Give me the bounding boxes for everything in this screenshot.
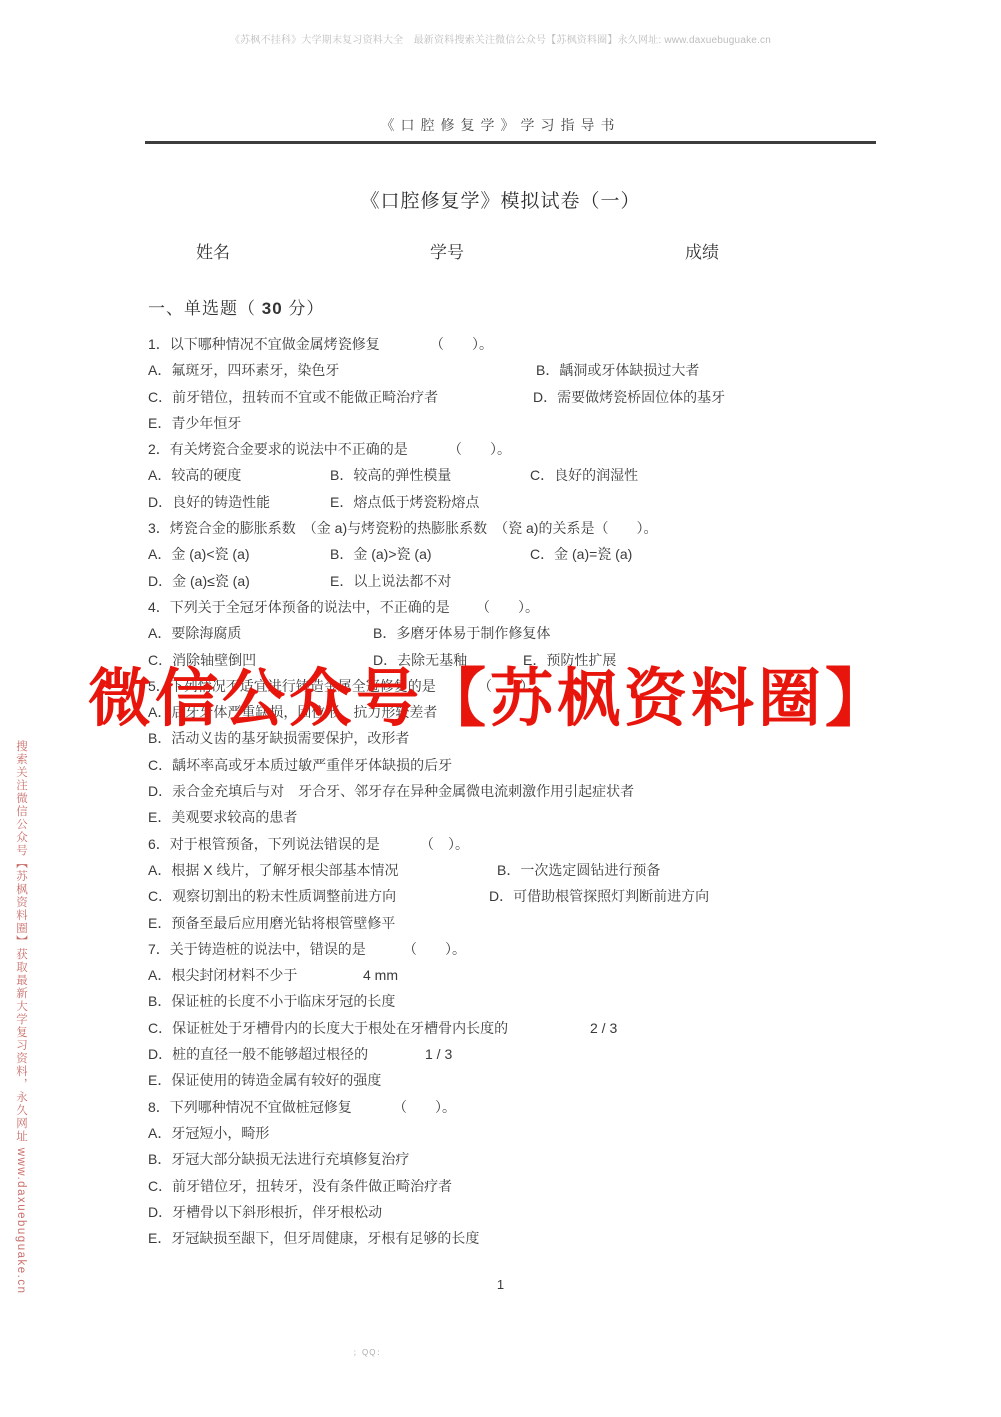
exam-line: 7．关于铸造桩的说法中，错误的是（ ）。 [148,939,868,965]
exam-text-segment: 5．下列情况不适宜进行铸造金属全冠修复的是 [148,676,436,696]
exam-line: E．青少年恒牙 [148,413,868,439]
exam-line: A．金 (a)<瓷 (a)B．金 (a)>瓷 (a)C．金 (a)=瓷 (a) [148,544,868,570]
exam-text-segment: （ ）。 [420,834,469,854]
exam-text-segment: 4．下列关于全冠牙体预备的说法中，不正确的是 [148,597,450,617]
fields-row: 姓名 学号 成绩 [0,238,1001,262]
exam-text-segment: A．牙冠短小，畸形 [148,1123,269,1143]
exam-text-segment: 1 / 3 [425,1044,452,1064]
exam-text-segment: A．较高的硬度 [148,465,241,485]
exam-text-segment: B．牙冠大部分缺损无法进行充填修复治疗 [148,1149,409,1169]
exam-line: C．前牙错位牙，扭转牙，没有条件做正畸治疗者 [148,1176,868,1202]
exam-text-segment: A．氟斑牙，四环素牙，染色牙 [148,360,339,380]
section-heading-prefix: 一、单选题（ [148,299,262,318]
exam-line: E．美观要求较高的患者 [148,807,868,833]
exam-line: A．氟斑牙，四环素牙，染色牙B．龋洞或牙体缺损过大者 [148,360,868,386]
name-field-label: 姓名 [196,238,230,263]
exam-line: A．较高的硬度B．较高的弹性模量C．良好的润湿性 [148,465,868,491]
exam-text-segment: C．观察切割出的粉末性质调整前进方向 [148,886,396,906]
exam-text-segment: B．多磨牙体易于制作修复体 [373,623,550,643]
exam-line: D．良好的铸造性能E．熔点低于烤瓷粉熔点 [148,492,868,518]
exam-line: D．汞合金充填后与对 牙合牙、邻牙存在异种金属微电流刺激作用引起症状者 [148,781,868,807]
score-field-label: 成绩 [685,238,719,263]
exam-line: A．要除海腐质B．多磨牙体易于制作修复体 [148,623,868,649]
exam-line: D．金 (a)≤瓷 (a)E．以上说法都不对 [148,571,868,597]
exam-text-segment: C．前牙错位，扭转而不宜或不能做正畸治疗者 [148,387,438,407]
exam-line: E．预备至最后应用磨光钻将根管壁修平 [148,913,868,939]
exam-line: C．消除轴壁倒凹D．去除无基釉E．预防性扩展 [148,650,868,676]
exam-text-segment: 2 / 3 [590,1018,617,1038]
exam-text-segment: E．预防性扩展 [523,650,616,670]
exam-text-segment: D．金 (a)≤瓷 (a) [148,571,250,591]
exam-line: A．后牙牙体严重缺损，固位形、抗力形较差者 [148,702,868,728]
exam-line: B．牙冠大部分缺损无法进行充填修复治疗 [148,1149,868,1175]
exam-line: D．桩的直径一般不能够超过根径的1 / 3 [148,1044,868,1070]
exam-text-segment: 3．烤瓷合金的膨胀系数 （金 a)与烤瓷粉的热膨胀系数 （瓷 a)的关系是（ ）… [148,518,657,538]
exam-text-segment: B．活动义齿的基牙缺损需要保护，改形者 [148,728,409,748]
exam-text-segment: A．根据 X 线片，了解牙根尖部基本情况 [148,860,398,880]
exam-text-segment: E．保证使用的铸造金属有较好的强度 [148,1070,381,1090]
exam-line: 4．下列关于全冠牙体预备的说法中，不正确的是（ ）。 [148,597,868,623]
exam-line: C．保证桩处于牙槽骨内的长度大于根处在牙槽骨内长度的2 / 3 [148,1018,868,1044]
exam-line: E．保证使用的铸造金属有较好的强度 [148,1070,868,1096]
exam-line: 1．以下哪种情况不宜做金属烤瓷修复（ ）。 [148,334,868,360]
exam-text-segment: C．龋坏率高或牙本质过敏严重伴牙体缺损的后牙 [148,755,452,775]
exam-text-segment: B．较高的弹性模量 [330,465,451,485]
exam-text-segment: D．桩的直径一般不能够超过根径的 [148,1044,368,1064]
exam-text-segment: C．消除轴壁倒凹 [148,650,256,670]
exam-text-segment: E．预备至最后应用磨光钻将根管壁修平 [148,913,395,933]
exam-text-segment: （ ）。 [448,439,511,459]
section-heading: 一、单选题（ 30 分） [148,294,324,319]
document-header-title: 《口腔修复学》学习指导书 [0,115,1001,135]
exam-text-segment: B．保证桩的长度不小于临床牙冠的长度 [148,991,395,1011]
exam-line: A．根尖封闭材料不少于4 mm [148,965,868,991]
exam-text-segment: （ ）。 [476,597,539,617]
exam-text-segment: C．前牙错位牙，扭转牙，没有条件做正畸治疗者 [148,1176,452,1196]
exam-text-segment: B．金 (a)>瓷 (a) [330,544,432,564]
exam-text-segment: C．金 (a)=瓷 (a) [530,544,632,564]
exam-line: A．牙冠短小，畸形 [148,1123,868,1149]
exam-text-segment: 6．对于根管预备，下列说法错误的是 [148,834,380,854]
exam-text-segment: E．青少年恒牙 [148,413,241,433]
exam-text-segment: C．保证桩处于牙槽骨内的长度大于根处在牙槽骨内长度的 [148,1018,508,1038]
exam-text-segment: 1．以下哪种情况不宜做金属烤瓷修复 [148,334,380,354]
exam-page: 《苏枫不挂科》大学期末复习资料大全 最新资料搜索关注微信公众号【苏枫资料圈】永久… [0,0,1001,1417]
section-heading-suffix: 分） [283,299,325,318]
exam-line: B．保证桩的长度不小于临床牙冠的长度 [148,991,868,1017]
exam-text-segment: 7．关于铸造桩的说法中，错误的是 [148,939,366,959]
promo-header-note: 《苏枫不挂科》大学期末复习资料大全 最新资料搜索关注微信公众号【苏枫资料圈】永久… [0,31,1001,46]
exam-line: C．前牙错位，扭转而不宜或不能做正畸治疗者D．需要做烤瓷桥固位体的基牙 [148,387,868,413]
exam-text-segment: 4 mm [363,965,398,985]
exam-line: 8．下列哪种情况不宜做桩冠修复（ ）。 [148,1097,868,1123]
exam-line: 6．对于根管预备，下列说法错误的是（ ）。 [148,834,868,860]
exam-line: C．龋坏率高或牙本质过敏严重伴牙体缺损的后牙 [148,755,868,781]
exam-text-segment: 8．下列哪种情况不宜做桩冠修复 [148,1097,352,1117]
exam-text-segment: D．汞合金充填后与对 牙合牙、邻牙存在异种金属微电流刺激作用引起症状者 [148,781,634,801]
exam-text-segment: E．以上说法都不对 [330,571,451,591]
footer-tiny-note: ；QQ： [353,1347,385,1358]
exam-text-segment: （ ）。 [393,1097,456,1117]
section-points: 30 [262,299,283,318]
exam-text-segment: D．去除无基釉 [373,650,467,670]
exam-text-segment: E．美观要求较高的患者 [148,807,297,827]
exam-text-segment: E．熔点低于烤瓷粉熔点 [330,492,479,512]
exam-text-segment: D．可借助根管探照灯判断前进方向 [489,886,709,906]
exam-text-segment: E．牙冠缺损至龈下，但牙周健康，牙根有足够的长度 [148,1228,479,1248]
exam-text-segment: A．要除海腐质 [148,623,241,643]
exam-title: 《口腔修复学》模拟试卷（一） [0,186,1001,213]
exam-text-segment: （ ）。 [478,676,541,696]
exam-text-segment: D．牙槽骨以下斜形根折，伴牙根松动 [148,1202,382,1222]
student-id-field-label: 学号 [430,238,464,263]
exam-line: 2．有关烤瓷合金要求的说法中不正确的是（ ）。 [148,439,868,465]
header-divider-line [145,141,876,144]
exam-text-segment: 2．有关烤瓷合金要求的说法中不正确的是 [148,439,408,459]
red-watermark-vertical: 搜索关注微信公众号【苏枫资料圈】获取最新大学复习资料，永久网址 www.daxu… [13,740,29,1200]
exam-line: C．观察切割出的粉末性质调整前进方向D．可借助根管探照灯判断前进方向 [148,886,868,912]
page-number: 1 [0,1277,1001,1292]
exam-text-segment: B．龋洞或牙体缺损过大者 [536,360,699,380]
exam-text-segment: A．后牙牙体严重缺损，固位形、抗力形较差者 [148,702,437,722]
exam-text-segment: （ ）。 [430,334,493,354]
exam-text-segment: A．金 (a)<瓷 (a) [148,544,250,564]
exam-line: A．根据 X 线片，了解牙根尖部基本情况B．一次选定圆钻进行预备 [148,860,868,886]
exam-line: 3．烤瓷合金的膨胀系数 （金 a)与烤瓷粉的热膨胀系数 （瓷 a)的关系是（ ）… [148,518,868,544]
exam-text-segment: （ ）。 [403,939,466,959]
exam-line: E．牙冠缺损至龈下，但牙周健康，牙根有足够的长度 [148,1228,868,1254]
exam-text-segment: A．根尖封闭材料不少于 [148,965,297,985]
exam-text-segment: B．一次选定圆钻进行预备 [497,860,660,880]
exam-line: B．活动义齿的基牙缺损需要保护，改形者 [148,728,868,754]
exam-text-segment: C．良好的润湿性 [530,465,638,485]
exam-text-segment: D．良好的铸造性能 [148,492,270,512]
exam-line: 5．下列情况不适宜进行铸造金属全冠修复的是（ ）。 [148,676,868,702]
exam-text-segment: D．需要做烤瓷桥固位体的基牙 [533,387,725,407]
exam-line: D．牙槽骨以下斜形根折，伴牙根松动 [148,1202,868,1228]
exam-body: 1．以下哪种情况不宜做金属烤瓷修复（ ）。A．氟斑牙，四环素牙，染色牙B．龋洞或… [148,334,868,1254]
